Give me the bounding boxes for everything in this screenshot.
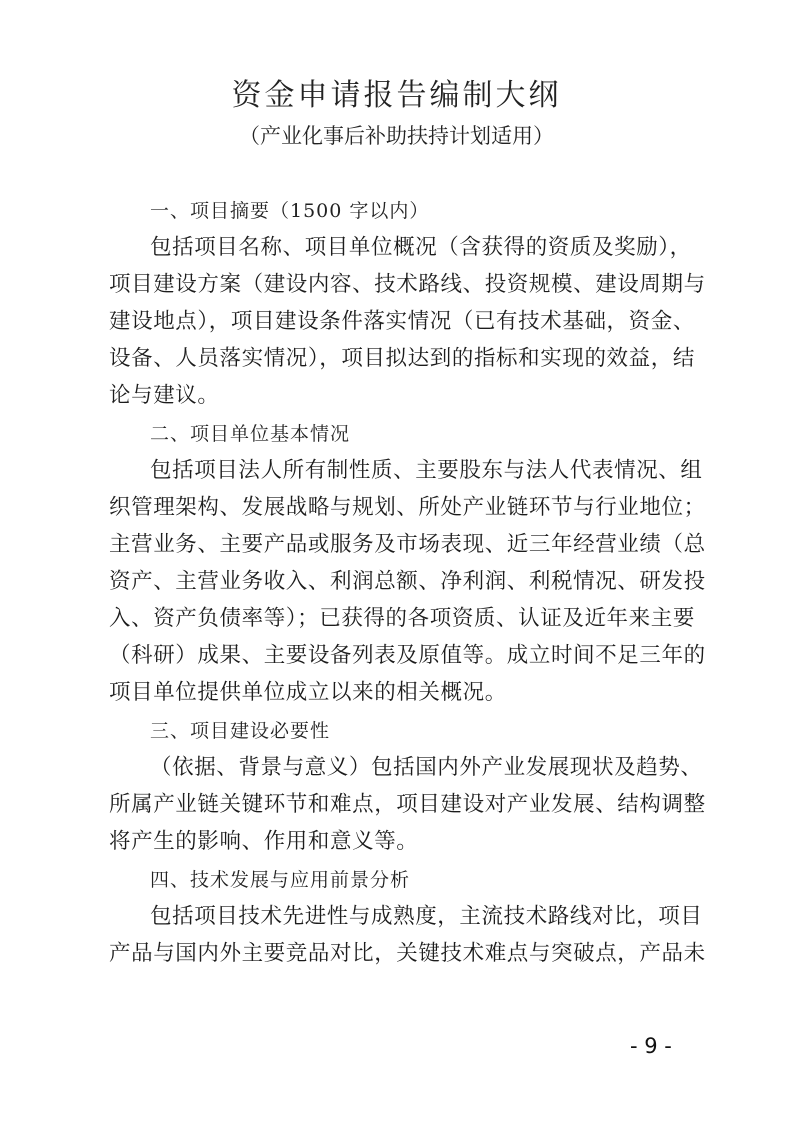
paragraph-line: 入、资产负债率等）；已获得的各项资质、认证及近年来主要 [109,604,695,634]
section-heading-4: 四、技术发展与应用前景分析 [150,865,410,895]
section-heading-2: 二、项目单位基本情况 [150,419,350,449]
paragraph-line: 织管理架构、发展战略与规划、所处产业链环节与行业地位； [109,493,706,523]
paragraph-line: 主营业务、主要产品或服务及市场表现、近三年经营业绩（总 [109,530,706,560]
paragraph-line: 论与建议。 [109,381,220,411]
paragraph-line: 包括项目技术先进性与成熟度，主流技术路线对比，项目 [150,902,703,932]
paragraph-line: 项目单位提供单位成立以来的相关概况。 [109,678,507,708]
document-page: 资金申请报告编制大纲 （产业化事后补助扶持计划适用） 一、项目摘要（1500 字… [0,0,793,1122]
page-number: - 9 - [630,1031,672,1061]
document-title: 资金申请报告编制大纲 [0,76,793,116]
document-subtitle: （产业化事后补助扶持计划适用） [0,121,793,151]
paragraph-line: 所属产业链关键环节和难点，项目建设对产业发展、结构调整 [109,790,706,820]
paragraph-line: 包括项目法人所有制性质、主要股东与法人代表情况、组 [150,456,703,486]
paragraph-line: 包括项目名称、项目单位概况（含获得的资质及奖励）， [150,233,692,263]
paragraph-line: （科研）成果、主要设备列表及原值等。成立时间不足三年的 [109,641,706,671]
paragraph-line: 产品与国内外主要竞品对比，关键技术难点与突破点，产品未 [109,939,706,969]
paragraph-line: 建设地点），项目建设条件落实情况（已有技术基础，资金、 [109,307,695,337]
paragraph-line: 设备、人员落实情况），项目拟达到的指标和实现的效益，结 [109,344,695,374]
section-heading-3: 三、项目建设必要性 [150,716,330,746]
paragraph-line: （依据、背景与意义）包括国内外产业发展现状及趋势、 [150,753,703,783]
paragraph-line: 项目建设方案（建设内容、技术路线、投资规模、建设周期与 [109,270,706,300]
paragraph-line: 将产生的影响、作用和意义等。 [109,827,418,857]
paragraph-line: 资产、主营业务收入、利润总额、净利润、利税情况、研发投 [109,567,706,597]
section-heading-1: 一、项目摘要（1500 字以内） [150,196,429,226]
